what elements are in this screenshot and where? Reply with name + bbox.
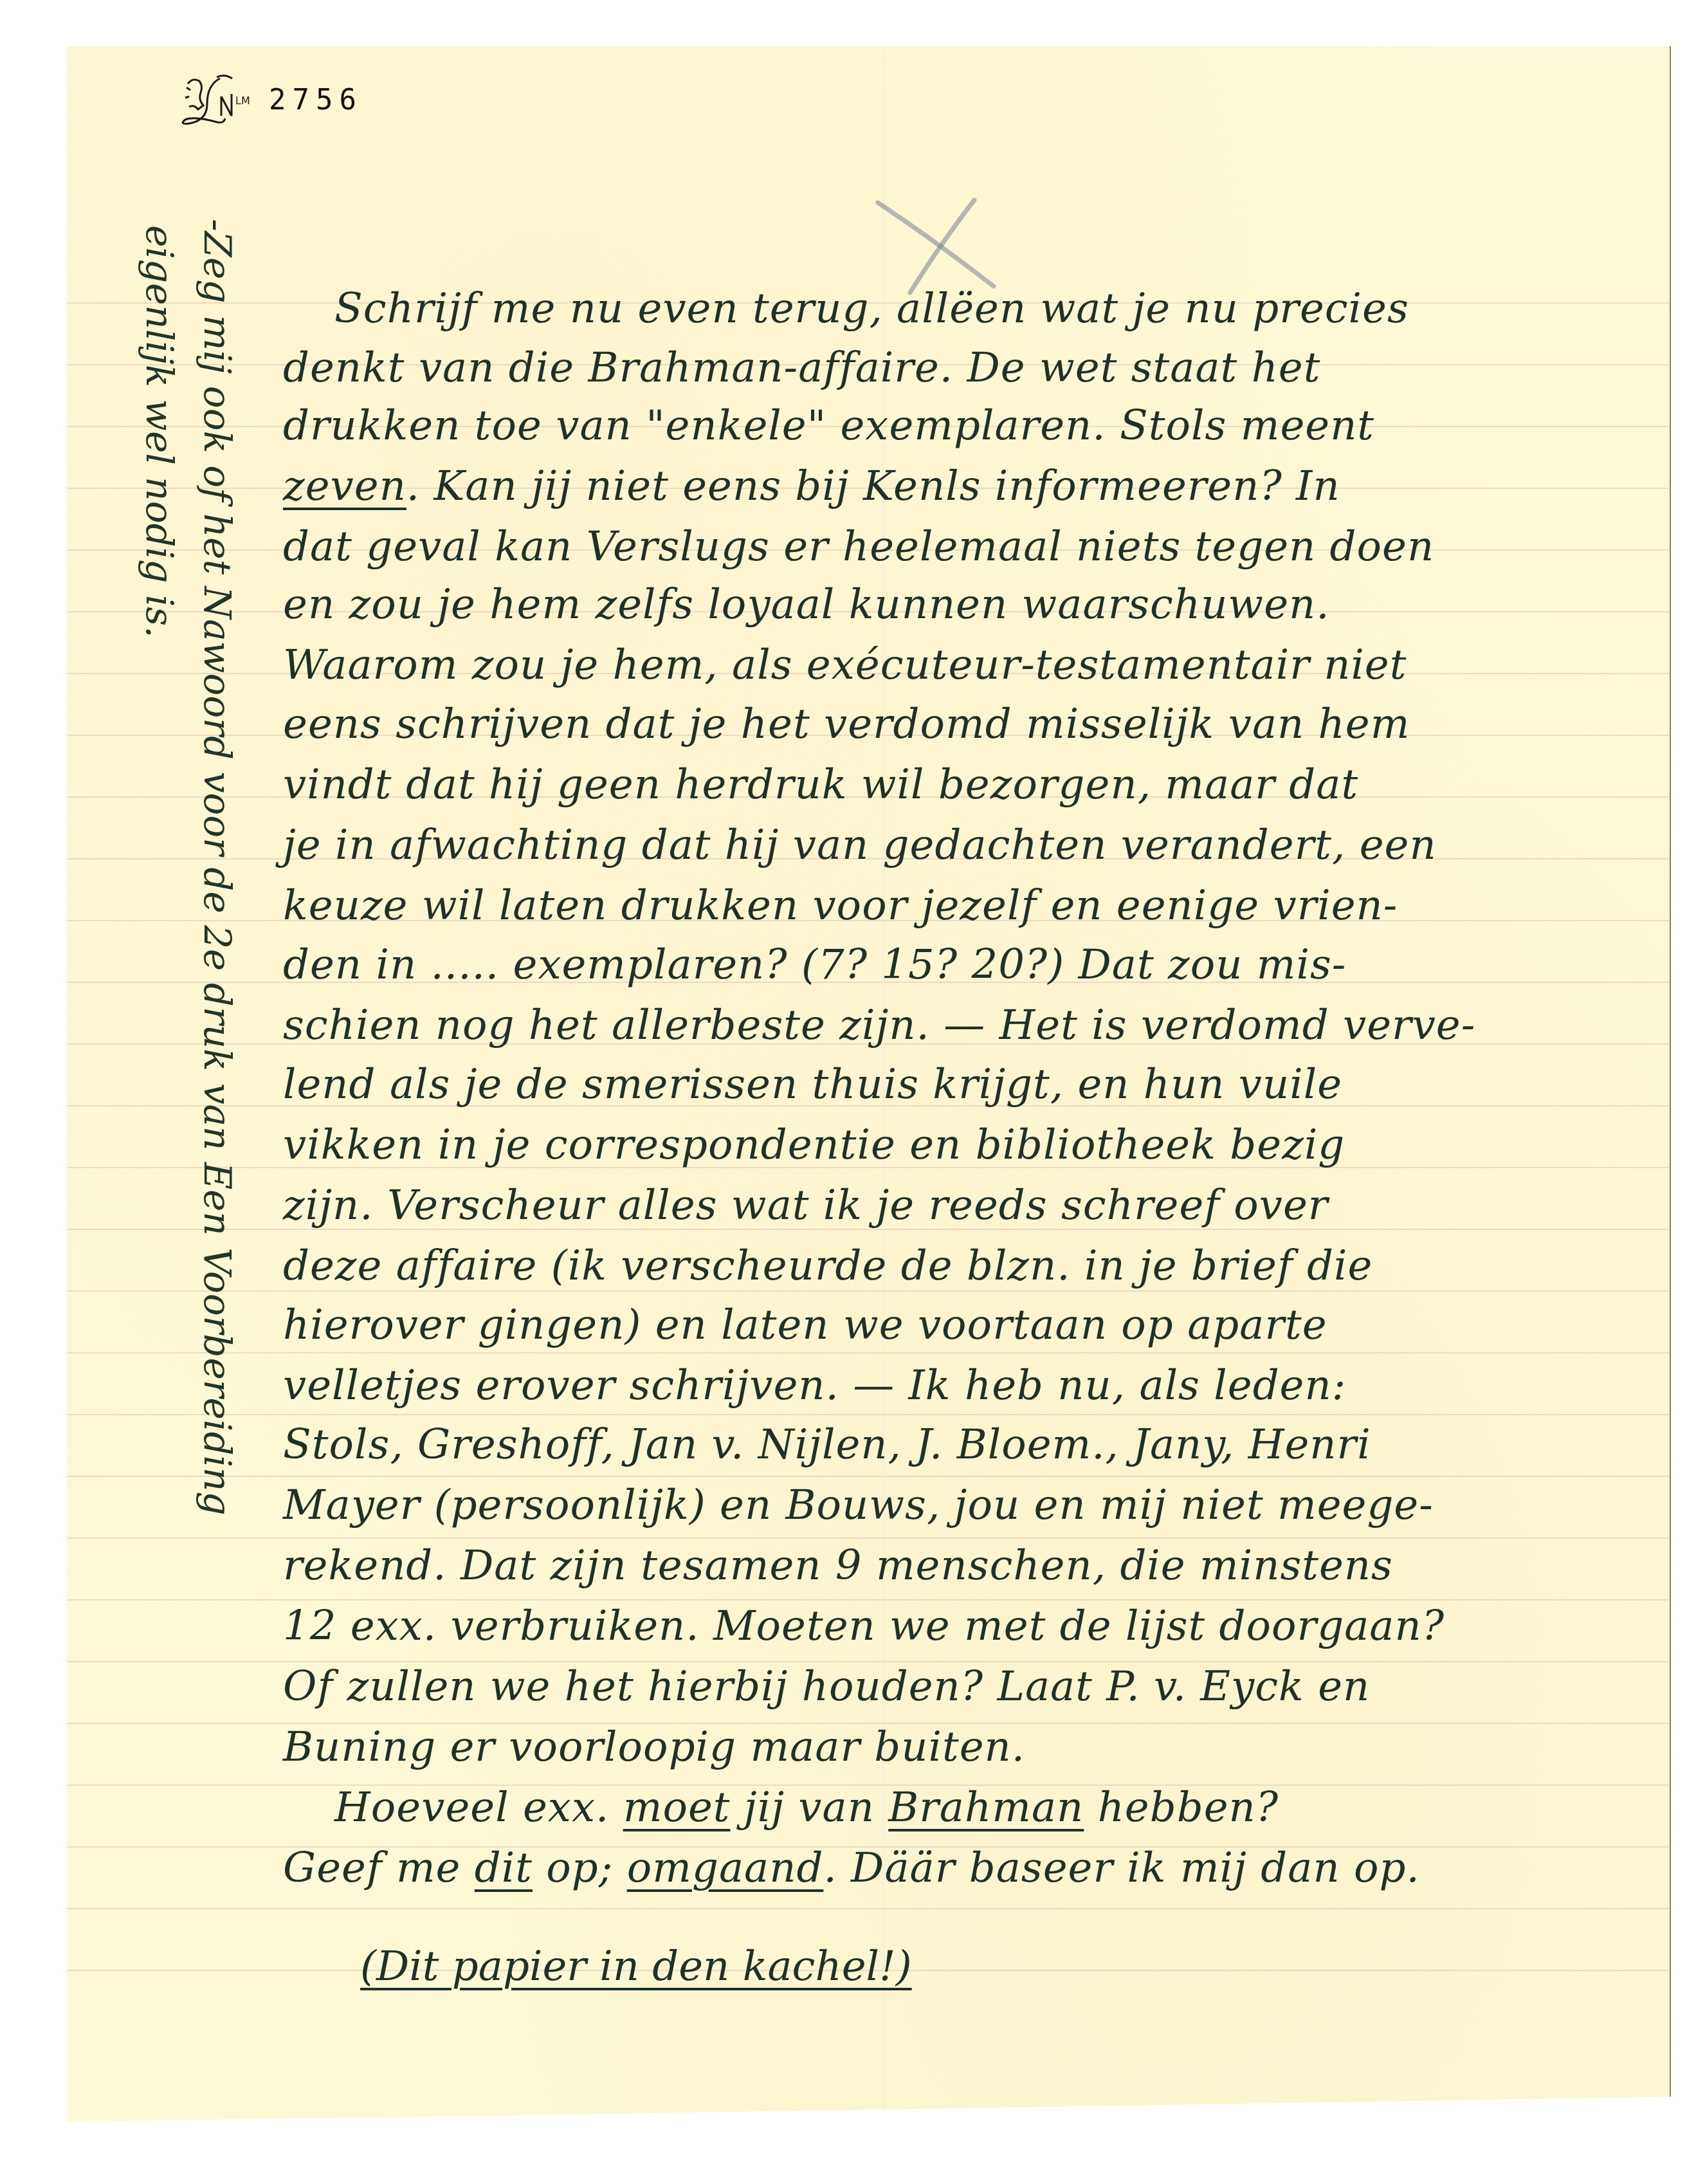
letter-line: Schrijf me nu even terug, allëen wat je … (334, 283, 1409, 335)
letter-line: keuze wil laten drukken voor jezelf en e… (283, 880, 1398, 931)
ruled-line (67, 1537, 1671, 1539)
letter-line: drukken toe van "enkele" exemplaren. Sto… (283, 400, 1374, 452)
letter-line-part: Hoeveel exx. (334, 1784, 623, 1831)
margin-note-line-1: -Zeg mij ook of het Nawoord voor de 2e d… (196, 219, 239, 1516)
archive-number: 2756 (269, 84, 363, 116)
ruled-line (67, 1414, 1671, 1415)
letter-line: zijn. Verscheur alles wat ik je reeds sc… (283, 1180, 1328, 1231)
letter-line: vikken in je correspondentie en biblioth… (283, 1119, 1345, 1171)
letter-line-rest: . Kan jij niet eens bij Kenls informeere… (406, 463, 1340, 510)
letter-line: rekend. Dat zijn tesamen 9 menschen, die… (283, 1540, 1393, 1592)
letter-line: Stols, Greshoff, Jan v. Nijlen, J. Bloem… (283, 1419, 1371, 1471)
ruled-line (67, 1476, 1671, 1477)
underlined-word: dit (475, 1844, 533, 1892)
underlined-word: Brahman (888, 1784, 1084, 1831)
margin-note-line-2: eigenlijk wel nodig is. (138, 225, 181, 638)
letter-line: je in afwachting dat hij van gedachten v… (283, 820, 1437, 871)
underlined-word: zeven (283, 463, 406, 510)
lion-monogram-icon: LM (181, 71, 252, 129)
letter-line: dat geval kan Verslugs er heelemaal niet… (283, 521, 1434, 573)
letter-line: Buning er voorloopig maar buiten. (283, 1721, 1025, 1773)
closing-note: (Dit papier in den kachel!) (360, 1943, 912, 1990)
ruled-line (67, 1908, 1671, 1909)
letter-line: hierover gingen) en laten we voortaan op… (283, 1299, 1327, 1351)
letter-line: schien nog het allerbeste zijn. — Het is… (283, 1000, 1475, 1051)
ruled-line (67, 1352, 1671, 1354)
letter-line: eens schrijven dat je het verdomd missel… (283, 699, 1410, 750)
letter-line: vindt dat hij geen herdruk wil bezorgen,… (283, 759, 1358, 811)
letter-line: 12 exx. verbruiken. Moeten we met de lij… (283, 1601, 1445, 1652)
letter-line: Waarom zou je hem, als exécuteur-testame… (283, 639, 1407, 691)
letter-line: velletjes erover schrijven. — Ik heb nu,… (283, 1360, 1346, 1411)
letter-line-part: hebben? (1084, 1784, 1279, 1831)
letter-line-part: jij van (731, 1784, 889, 1831)
underlined-word: moet (623, 1784, 731, 1831)
letter-line-part: op; (533, 1844, 627, 1892)
archive-stamp: LM 2756 (181, 71, 363, 129)
letter-line-part: Geef me (283, 1844, 475, 1892)
letter-line: en zou je hem zelfs loyaal kunnen waarsc… (283, 579, 1330, 630)
letter-line: den in ..... exemplaren? (7? 15? 20?) Da… (283, 939, 1346, 991)
letter-line: zeven. Kan jij niet eens bij Kenls infor… (283, 461, 1340, 512)
letter-line: denkt van die Brahman-affaire. De wet st… (283, 342, 1320, 394)
underlined-word: omgaand (627, 1844, 824, 1892)
letter-line: deze affaire (ik verscheurde de blzn. in… (283, 1240, 1372, 1292)
svg-text:LM: LM (235, 95, 250, 107)
letter-line: Of zullen we het hierbij houden? Laat P.… (283, 1661, 1370, 1712)
letter-line: Hoeveel exx. moet jij van Brahman hebben… (334, 1782, 1279, 1833)
letter-line: lend als je de smerissen thuis krijgt, e… (283, 1059, 1342, 1110)
letter-line: Geef me dit op; omgaand. Däär baseer ik … (283, 1842, 1420, 1894)
letter-line: Mayer (persoonlijk) en Bouws, jou en mij… (283, 1480, 1434, 1531)
letter-line-part: . Däär baseer ik mij dan op. (823, 1844, 1419, 1892)
